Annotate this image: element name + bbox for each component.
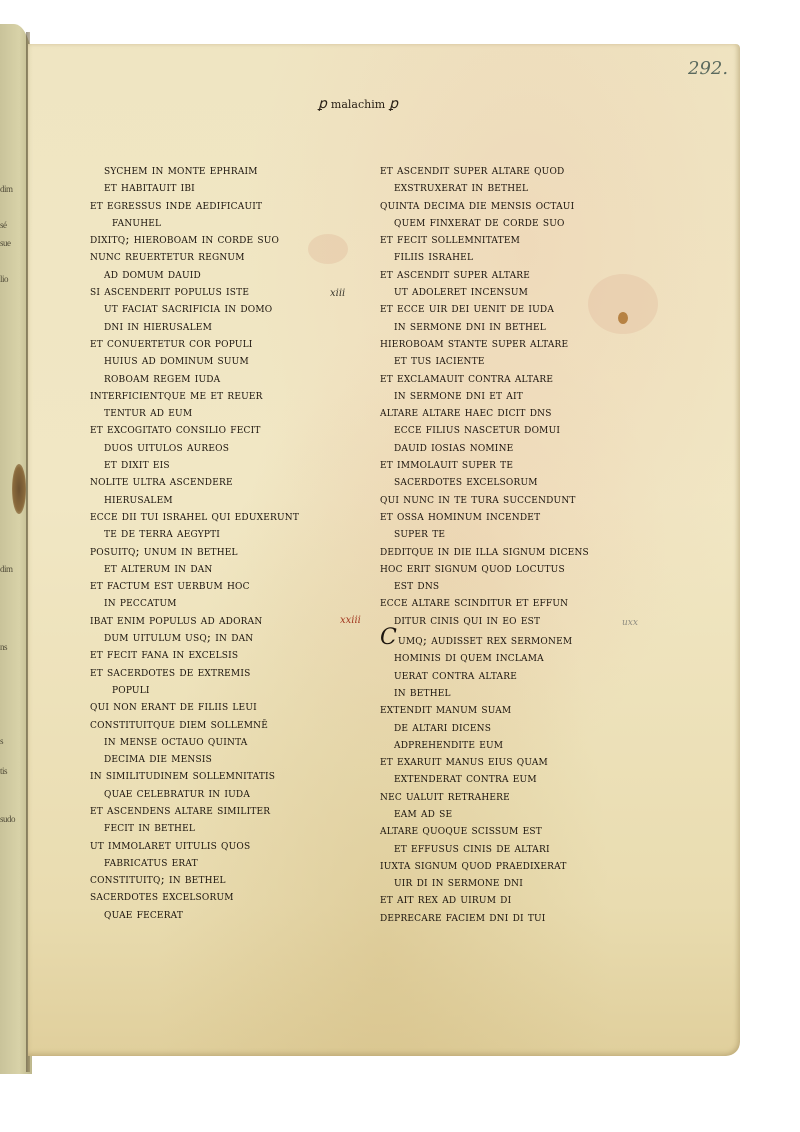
text-line-content: roboam regem iuda xyxy=(104,371,220,385)
text-line-content: sacerdotes excelsorum xyxy=(90,889,234,903)
text-line-content: extendit manum suam xyxy=(380,702,511,716)
text-line: ad domum dauid xyxy=(90,266,350,283)
text-line-content: altare quoque scissum est xyxy=(380,823,542,837)
text-line-content: et ecce uir dei uenit de iuda xyxy=(380,301,554,315)
prev-page-fragment: lio xyxy=(0,274,8,284)
text-line-content: si ascenderit populus iste xyxy=(90,284,249,298)
text-line: ecce filius nascetur domui xyxy=(380,421,640,438)
text-line: et ascendit super altare quod xyxy=(380,162,640,179)
text-line: exstruxerat in bethel xyxy=(380,179,640,196)
text-line-content: dauid iosias nomine xyxy=(394,440,513,454)
text-line-content: decima die mensis xyxy=(104,751,212,765)
text-line: est dns xyxy=(380,577,640,594)
text-line-content: in similitudinem sollemnitatis xyxy=(90,768,275,782)
text-line-content: ecce altare scinditur et effun xyxy=(380,595,568,609)
text-line: in peccatum xyxy=(90,594,350,611)
text-line-content: et effusus cinis de altari xyxy=(394,841,550,855)
text-line: si ascenderit populus iste xyxy=(90,283,350,300)
text-line-content: quae celebratur in iuda xyxy=(104,786,250,800)
text-line: super te xyxy=(380,525,640,542)
prev-page-fragment: ns xyxy=(0,642,7,652)
text-line-content: filiis israhel xyxy=(394,249,473,263)
text-line-content: quem finxerat de corde suo xyxy=(394,215,565,229)
text-line: in bethel xyxy=(380,684,640,701)
text-line: et ascendens altare similiter xyxy=(90,802,350,819)
text-line: sacerdotes excelsorum xyxy=(380,473,640,490)
text-line: ecce dii tui israhel qui eduxerunt xyxy=(90,508,350,525)
text-line-content: dni in hierusalem xyxy=(104,319,212,333)
text-line: constituitque diem sollemnē xyxy=(90,716,350,733)
text-line: in similitudinem sollemnitatis xyxy=(90,767,350,784)
text-line: constituitq; in bethel xyxy=(90,871,350,888)
text-line-content: et excogitato consilio fecit xyxy=(90,422,261,436)
text-line: fanuhel xyxy=(90,214,350,231)
text-line-content: sacerdotes excelsorum xyxy=(394,474,538,488)
text-line: et excogitato consilio fecit xyxy=(90,421,350,438)
running-head-mark-left: ꝑ xyxy=(318,96,327,112)
text-line: nunc reuertetur regnum xyxy=(90,248,350,265)
text-line: te de terra aegypti xyxy=(90,525,350,542)
text-line: filiis israhel xyxy=(380,248,640,265)
text-line-content: eam ad se xyxy=(394,806,452,820)
text-line: hieroboam stante super altare xyxy=(380,335,640,352)
text-line: hoc erit signum quod locutus xyxy=(380,560,640,577)
text-line: ut immolaret uitulis quos xyxy=(90,837,350,854)
text-line-content: exstruxerat in bethel xyxy=(394,180,528,194)
text-line-content: ut adoleret incensum xyxy=(394,284,528,298)
text-line-content: ecce dii tui israhel qui eduxerunt xyxy=(90,509,299,523)
text-line: huius ad dominum suum xyxy=(90,352,350,369)
text-line: sychem in monte ephraim xyxy=(90,162,350,179)
text-line: et sacerdotes de extremis xyxy=(90,664,350,681)
text-line: quae fecerat xyxy=(90,906,350,923)
text-line: et ascendit super altare xyxy=(380,266,640,283)
text-line-content: dum uitulum usq; in dan xyxy=(104,630,253,644)
text-line-content: et ascendit super altare xyxy=(380,267,530,281)
text-line-content: in sermone dni in bethel xyxy=(394,319,546,333)
text-line-content: constituitq; in bethel xyxy=(90,872,226,886)
text-line-content: et ascendit super altare quod xyxy=(380,163,564,177)
text-line: et fecit fana in excelsis xyxy=(90,646,350,663)
text-line-content: et tus iaciente xyxy=(394,353,485,367)
text-line-content: deprecare faciem dni di tui xyxy=(380,910,546,924)
text-line-content: tentur ad eum xyxy=(104,405,192,419)
prev-page-fragment: dim xyxy=(0,564,13,574)
text-line: extendit manum suam xyxy=(380,701,640,718)
text-line-content: posuitq; unum in bethel xyxy=(90,544,238,558)
decorated-initial: C xyxy=(380,625,397,650)
text-line-content: et exclamauit contra altare xyxy=(380,371,553,385)
prev-page-fragment: tis xyxy=(0,766,7,776)
text-line-content: interficientque me et reuer xyxy=(90,388,263,402)
prev-page-fragment: sue xyxy=(0,238,11,248)
running-head-mark-right: ꝑ xyxy=(389,96,398,112)
text-line: et habitauit ibi xyxy=(90,179,350,196)
text-line-content: de altari dicens xyxy=(394,720,491,734)
text-line: decima die mensis xyxy=(90,750,350,767)
text-line: et egressus inde aedificauit xyxy=(90,197,350,214)
text-line: dauid iosias nomine xyxy=(380,439,640,456)
text-line: et alterum in dan xyxy=(90,560,350,577)
text-line: et ecce uir dei uenit de iuda xyxy=(380,300,640,317)
text-line-content: et immolauit super te xyxy=(380,457,513,471)
text-line: sacerdotes excelsorum xyxy=(90,888,350,905)
text-line: hominis di quem inclama xyxy=(380,649,640,666)
text-line-content: quinta decima die mensis octaui xyxy=(380,198,574,212)
text-line-content: super te xyxy=(394,526,445,540)
text-line-content: quae fecerat xyxy=(104,907,183,921)
text-line-content: nunc reuertetur regnum xyxy=(90,249,245,263)
text-line: iuxta signum quod praedixerat xyxy=(380,857,640,874)
text-line: fabricatus erat xyxy=(90,854,350,871)
text-line-content: fabricatus erat xyxy=(104,855,198,869)
text-line-content: ibat enim populus ad adoran xyxy=(90,613,262,627)
text-line-content: hominis di quem inclama xyxy=(394,650,544,664)
text-line: populi xyxy=(90,681,350,698)
text-line-content: uerat contra altare xyxy=(394,668,517,682)
running-head: ꝑ malachim ꝑ xyxy=(318,96,398,112)
text-line-content: altare altare haec dicit dns xyxy=(380,405,552,419)
text-line: hierusalem xyxy=(90,491,350,508)
text-line-content: hierusalem xyxy=(104,492,173,506)
stain-mark xyxy=(12,464,26,514)
text-line-content: et ascendens altare similiter xyxy=(90,803,270,817)
text-line: tentur ad eum xyxy=(90,404,350,421)
text-line-content: qui non erant de filiis leui xyxy=(90,699,257,713)
text-line-content: hoc erit signum quod locutus xyxy=(380,561,565,575)
text-line: et effusus cinis de altari xyxy=(380,840,640,857)
text-line-content: et egressus inde aedificauit xyxy=(90,198,262,212)
text-line: ditur cinis qui in eo est xyxy=(380,612,640,629)
text-line: dixitq; hieroboam in corde suo xyxy=(90,231,350,248)
text-line-content: qui nunc in te tura succendunt xyxy=(380,492,576,506)
text-line-content: fecit in bethel xyxy=(104,820,195,834)
text-line-content: dixitq; hieroboam in corde suo xyxy=(90,232,279,246)
text-line-content: et sacerdotes de extremis xyxy=(90,665,250,679)
text-line: extenderat contra eum xyxy=(380,770,640,787)
text-line: in sermone dni et ait xyxy=(380,387,640,404)
text-line: adprehendite eum xyxy=(380,736,640,753)
text-line-content: et ossa hominum incendet xyxy=(380,509,540,523)
text-line-content: constituitque diem sollemnē xyxy=(90,717,268,731)
text-line: nolite ultra ascendere xyxy=(90,473,350,490)
text-line: dum uitulum usq; in dan xyxy=(90,629,350,646)
text-line: et ait rex ad uirum di xyxy=(380,891,640,908)
text-line-content: nec ualuit retrahere xyxy=(380,789,510,803)
prev-page-fragment: s xyxy=(0,736,3,746)
text-line: et exclamauit contra altare xyxy=(380,370,640,387)
text-line-content: ditur cinis qui in eo est xyxy=(394,613,540,627)
text-line-content: ut faciat sacrificia in domo xyxy=(104,301,272,315)
text-line: nec ualuit retrahere xyxy=(380,788,640,805)
text-line-content: duos uitulos aureos xyxy=(104,440,229,454)
text-line: uir di in sermone dni xyxy=(380,874,640,891)
text-line: eam ad se xyxy=(380,805,640,822)
text-line: Cumq; audisset rex sermonem xyxy=(380,629,640,649)
prev-page-fragment: sé xyxy=(0,220,7,230)
text-line-content: adprehendite eum xyxy=(394,737,503,751)
text-line: deprecare faciem dni di tui xyxy=(380,909,640,926)
text-line: et exaruit manus eius quam xyxy=(380,753,640,770)
text-line-content: et habitauit ibi xyxy=(104,180,195,194)
folio-number: 292. xyxy=(688,58,728,79)
text-line-content: ut immolaret uitulis quos xyxy=(90,838,250,852)
text-line: in mense octauo quinta xyxy=(90,733,350,750)
text-line: ecce altare scinditur et effun xyxy=(380,594,640,611)
text-line-content: in bethel xyxy=(394,685,451,699)
text-line-content: populi xyxy=(112,682,150,696)
text-line: de altari dicens xyxy=(380,719,640,736)
text-line-content: deditque in die illa signum dicens xyxy=(380,544,589,558)
text-line-content: et dixit eis xyxy=(104,457,170,471)
text-line-content: ad domum dauid xyxy=(104,267,201,281)
text-column-left: sychem in monte ephraimet habitauit ibie… xyxy=(90,162,350,923)
running-head-title: malachim xyxy=(331,98,385,111)
text-line: duos uitulos aureos xyxy=(90,439,350,456)
text-line: ut adoleret incensum xyxy=(380,283,640,300)
text-line: in sermone dni in bethel xyxy=(380,318,640,335)
text-line: deditque in die illa signum dicens xyxy=(380,543,640,560)
text-line: quae celebratur in iuda xyxy=(90,785,350,802)
text-line-content: est dns xyxy=(394,578,439,592)
text-line-content: uir di in sermone dni xyxy=(394,875,523,889)
text-line-content: et exaruit manus eius quam xyxy=(380,754,548,768)
text-line: ut faciat sacrificia in domo xyxy=(90,300,350,317)
text-line-content: et ait rex ad uirum di xyxy=(380,892,511,906)
text-line: roboam regem iuda xyxy=(90,370,350,387)
prev-page-fragment: sudo xyxy=(0,814,15,824)
prev-page-fragment: dim xyxy=(0,184,13,194)
text-line-content: iuxta signum quod praedixerat xyxy=(380,858,567,872)
text-line: altare altare haec dicit dns xyxy=(380,404,640,421)
text-line: et conuertetur cor populi xyxy=(90,335,350,352)
text-line: interficientque me et reuer xyxy=(90,387,350,404)
text-line-content: fanuhel xyxy=(112,215,161,229)
text-line: et ossa hominum incendet xyxy=(380,508,640,525)
text-line-content: et fecit fana in excelsis xyxy=(90,647,238,661)
text-line: uerat contra altare xyxy=(380,667,640,684)
text-line-content: hieroboam stante super altare xyxy=(380,336,568,350)
text-line-content: ecce filius nascetur domui xyxy=(394,422,560,436)
text-line-content: sychem in monte ephraim xyxy=(104,163,258,177)
text-line: ibat enim populus ad adoran xyxy=(90,612,350,629)
text-line-content: in sermone dni et ait xyxy=(394,388,523,402)
text-line-content: et alterum in dan xyxy=(104,561,213,575)
text-line-content: et fecit sollemnitatem xyxy=(380,232,520,246)
text-line-content: et conuertetur cor populi xyxy=(90,336,253,350)
text-line: quem finxerat de corde suo xyxy=(380,214,640,231)
text-line: dni in hierusalem xyxy=(90,318,350,335)
text-line-content: huius ad dominum suum xyxy=(104,353,249,367)
text-line-content: in peccatum xyxy=(104,595,177,609)
text-line: qui non erant de filiis leui xyxy=(90,698,350,715)
text-line: et tus iaciente xyxy=(380,352,640,369)
text-line-content: te de terra aegypti xyxy=(104,526,220,540)
text-line: quinta decima die mensis octaui xyxy=(380,197,640,214)
text-line: et factum est uerbum hoc xyxy=(90,577,350,594)
text-line: et fecit sollemnitatem xyxy=(380,231,640,248)
text-line-content: nolite ultra ascendere xyxy=(90,474,233,488)
text-line: altare quoque scissum est xyxy=(380,822,640,839)
text-line-content: et factum est uerbum hoc xyxy=(90,578,250,592)
text-line-content: umq; audisset rex sermonem xyxy=(398,633,572,647)
text-line: posuitq; unum in bethel xyxy=(90,543,350,560)
text-line-content: in mense octauo quinta xyxy=(104,734,248,748)
text-line: fecit in bethel xyxy=(90,819,350,836)
text-line: et immolauit super te xyxy=(380,456,640,473)
text-line: qui nunc in te tura succendunt xyxy=(380,491,640,508)
text-line: et dixit eis xyxy=(90,456,350,473)
text-column-right: et ascendit super altare quodexstruxerat… xyxy=(380,162,640,926)
text-line-content: extenderat contra eum xyxy=(394,771,537,785)
